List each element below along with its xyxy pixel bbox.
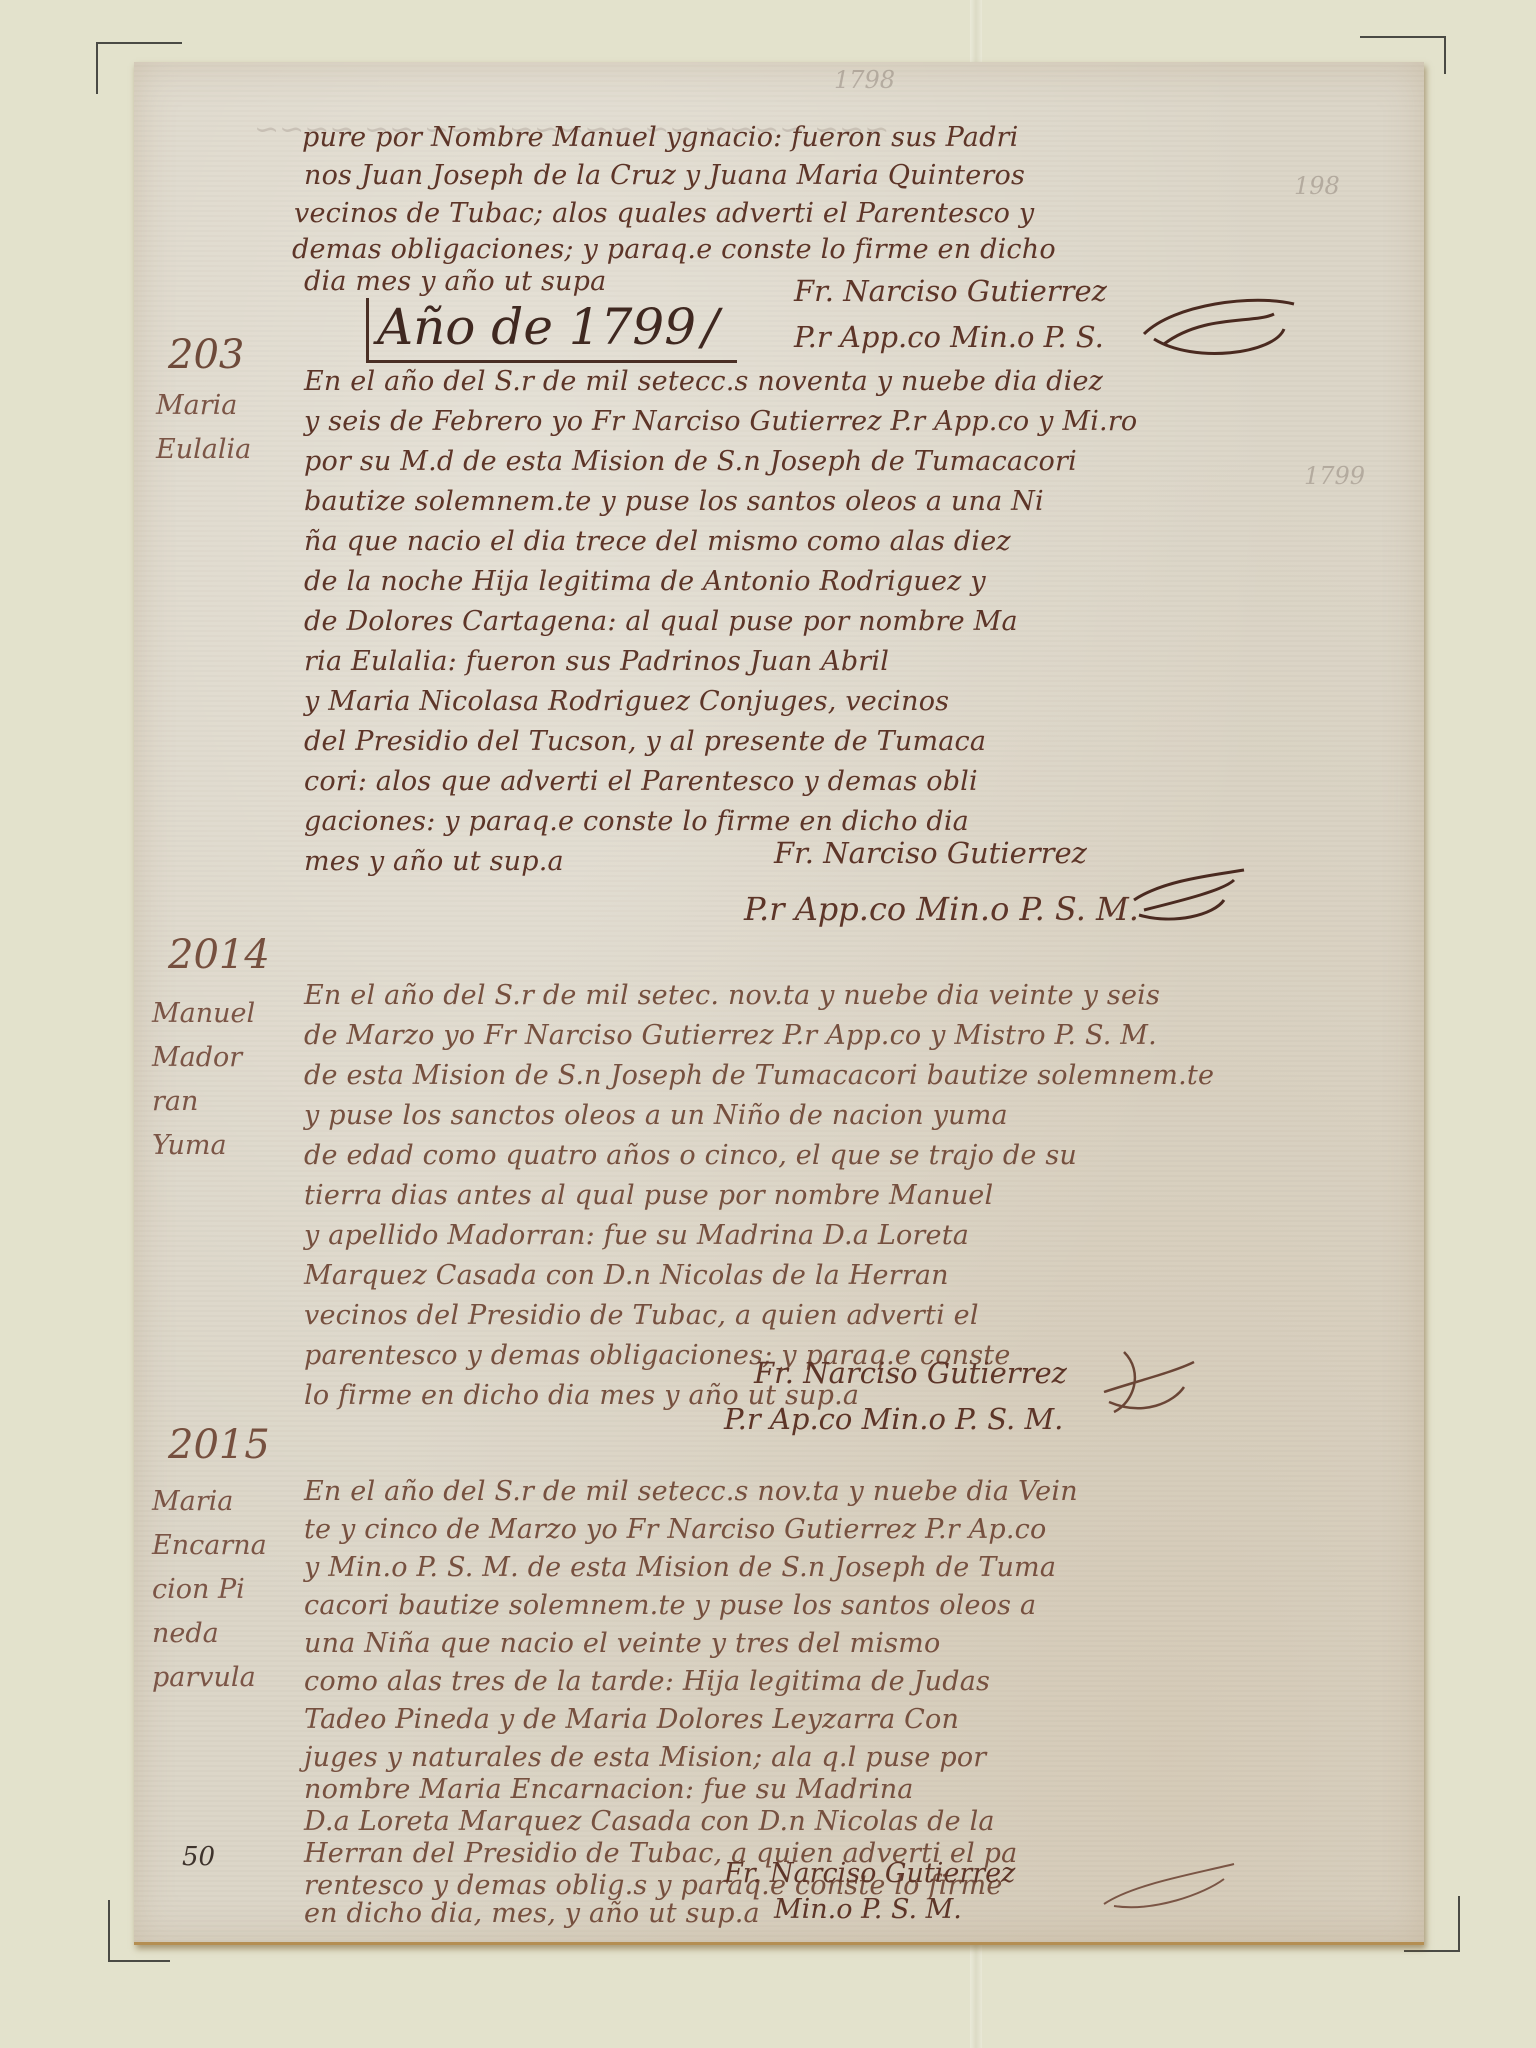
entry-line: cori: alos que adverti el Parentesco y d…	[304, 766, 978, 797]
margin-name-line: parvula	[152, 1656, 267, 1700]
entry-line: En el año del S.r de mil setecc.s nov.ta…	[304, 1476, 1078, 1507]
entry-line: y puse los sanctos oleos a un Niño de na…	[304, 1100, 1008, 1131]
entry-line: gaciones: y paraq.e conste lo firme en d…	[304, 806, 969, 837]
entry-line: bautize solemnem.te y puse los santos ol…	[304, 486, 1044, 517]
right-margin-ghost-number: 198	[1294, 172, 1340, 200]
year-heading-text: Año de 1799	[377, 298, 696, 356]
entry-line: de esta Mision de S.n Joseph de Tumacaco…	[304, 1060, 1214, 1091]
entry-line: mes y año ut sup.a	[304, 846, 564, 877]
entry-line: Marquez Casada con D.n Nicolas de la Her…	[304, 1260, 949, 1291]
entry-line: del Presidio del Tucson, y al presente d…	[304, 726, 986, 757]
entry-line: y Maria Nicolasa Rodriguez Conjuges, vec…	[304, 686, 949, 717]
rubric-flourish-icon	[1094, 1854, 1244, 1914]
rubric-flourish-icon	[1134, 284, 1304, 364]
entry-line: y Min.o P. S. M. de esta Mision de S.n J…	[304, 1552, 1056, 1583]
entry-line: de Marzo yo Fr Narciso Gutierrez P.r App…	[304, 1020, 1157, 1051]
entry-line: ria Eulalia: fueron sus Padrinos Juan Ab…	[304, 646, 889, 677]
year-heading: Año de 1799/	[366, 298, 737, 363]
entry-line: En el año del S.r de mil setecc.s novent…	[304, 366, 1103, 397]
entry-number: 203	[168, 332, 244, 378]
entry-line: te y cinco de Marzo yo Fr Narciso Gutier…	[304, 1514, 1046, 1545]
margin-name-line: cion Pi	[152, 1568, 267, 1612]
rubric-flourish-icon	[1094, 1342, 1204, 1422]
margin-name-line: Mador	[152, 1036, 255, 1080]
entry-margin-name: Manuel Mador ran Yuma	[152, 992, 255, 1168]
opening-line: pure por Nombre Manuel ygnacio: fueron s…	[302, 122, 1019, 153]
entry-line: y seis de Febrero yo Fr Narciso Gutierre…	[304, 406, 1137, 437]
top-ghost-number: 1798	[834, 66, 895, 94]
entry-signature-title: P.r App.co Min.o P. S. M.	[744, 890, 1139, 928]
rubric-flourish-icon	[1124, 860, 1254, 930]
folio-number: 50	[182, 1842, 215, 1872]
entry-margin-name: Maria Eulalia	[156, 384, 251, 472]
entry-line: cacori bautize solemnem.te y puse los sa…	[304, 1590, 1036, 1621]
entry-line: como alas tres de la tarde: Hija legitim…	[304, 1666, 990, 1697]
manuscript-page: ~~~ ~~~~ ~~ ~~~~~ ~~~ ~~ ~~~~ 198 1799 1…	[134, 62, 1424, 1945]
opening-line: nos Juan Joseph de la Cruz y Juana Maria…	[304, 160, 1025, 191]
entry-signature-title: Min.o P. S. M.	[774, 1894, 962, 1925]
entry-signature-name: Fr. Narciso Gutierrez	[724, 1858, 1015, 1889]
entry-line: vecinos del Presidio de Tubac, a quien a…	[304, 1300, 979, 1331]
entry-signature-name: Fr. Narciso Gutierrez	[774, 836, 1087, 870]
opening-line: vecinos de Tubac; alos quales adverti el…	[294, 198, 1034, 229]
margin-name-line: Yuma	[152, 1124, 255, 1168]
entry-line: D.a Loreta Marquez Casada con D.n Nicola…	[304, 1806, 995, 1837]
entry-line: de edad como quatro años o cinco, el que…	[304, 1140, 1077, 1171]
entry-signature-name: Fr. Narciso Gutierrez	[754, 1356, 1067, 1390]
entry-line: una Niña que nacio el veinte y tres del …	[304, 1628, 940, 1659]
margin-name-line: ran	[152, 1080, 255, 1124]
entry-line: de Dolores Cartagena: al qual puse por n…	[304, 606, 1018, 637]
opening-signature-title: P.r App.co Min.o P. S.	[794, 320, 1104, 354]
entry-number: 2014	[168, 932, 270, 978]
opening-line: demas obligaciones; y paraq.e conste lo …	[292, 234, 1056, 265]
entry-signature-title: P.r Ap.co Min.o P. S. M.	[724, 1402, 1063, 1436]
margin-name-line: Maria	[156, 384, 251, 428]
opening-signature-name: Fr. Narciso Gutierrez	[794, 274, 1107, 308]
entry-line: nombre Maria Encarnacion: fue su Madrina	[304, 1774, 914, 1805]
entry-number: 2015	[168, 1422, 270, 1468]
margin-name-line: Maria	[152, 1480, 267, 1524]
entry-line: En el año del S.r de mil setec. nov.ta y…	[304, 980, 1160, 1011]
entry-line: y apellido Madorran: fue su Madrina D.a …	[304, 1220, 969, 1251]
margin-name-line: Eulalia	[156, 428, 251, 472]
entry-line: Tadeo Pineda y de Maria Dolores Leyzarra…	[304, 1704, 959, 1735]
entry-line: tierra dias antes al qual puse por nombr…	[304, 1180, 993, 1211]
entry-line: de la noche Hija legitima de Antonio Rod…	[304, 566, 986, 597]
entry-line: ña que nacio el dia trece del mismo como…	[304, 526, 1011, 557]
margin-name-line: Encarna	[152, 1524, 267, 1568]
opening-line: dia mes y año ut supa	[304, 266, 606, 297]
right-margin-ghost-year: 1799	[1304, 462, 1365, 490]
margin-name-line: Manuel	[152, 992, 255, 1036]
entry-line: juges y naturales de esta Mision; ala q.…	[304, 1742, 986, 1773]
entry-line: por su M.d de esta Mision de S.n Joseph …	[304, 446, 1077, 477]
margin-name-line: neda	[152, 1612, 267, 1656]
entry-margin-name: Maria Encarna cion Pi neda parvula	[152, 1480, 267, 1700]
entry-line: en dicho dia, mes, y año ut sup.a	[304, 1898, 760, 1929]
